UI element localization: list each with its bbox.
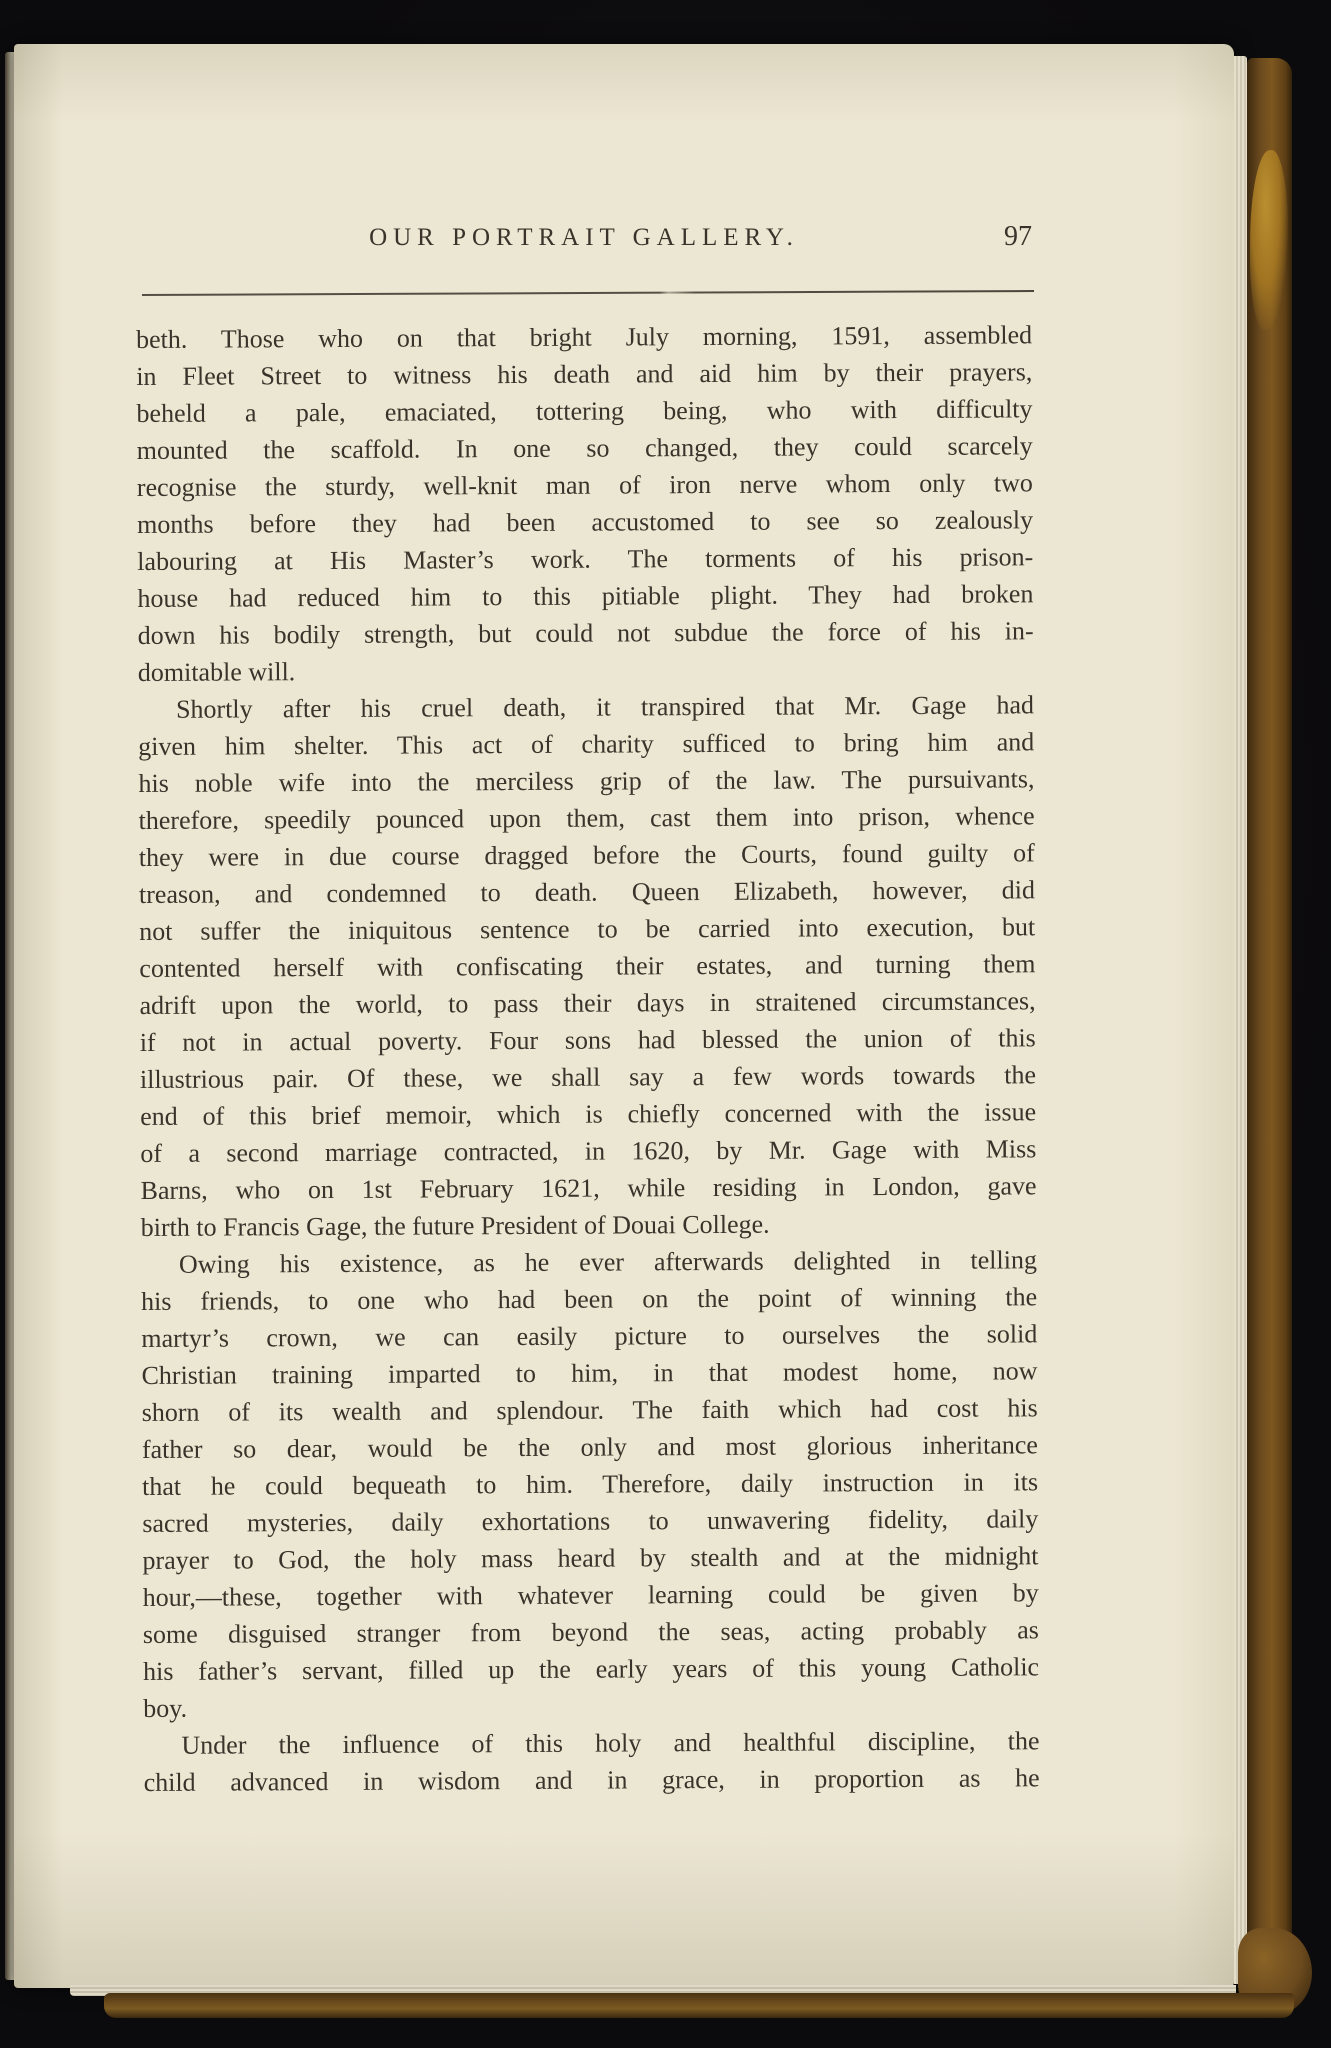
page-number: 97 — [136, 221, 1032, 253]
text-line: adrift upon the world, to pass their day… — [139, 982, 1035, 1024]
text-line: child advanced in wisdom and in grace, i… — [144, 1759, 1040, 1801]
text-line: that he could bequeath to him. Therefore… — [142, 1463, 1038, 1505]
text-line: Christian training imparted to him, in t… — [141, 1352, 1037, 1394]
text-line: beheld a pale, emaciated, tottering bein… — [136, 390, 1032, 432]
text-line: some disguised stranger from beyond the … — [143, 1611, 1039, 1653]
text-line: beth. Those who on that bright July morn… — [136, 316, 1032, 358]
text-line: his noble wife into the merciless grip o… — [138, 760, 1034, 802]
paragraph: beth. Those who on that bright July morn… — [136, 316, 1034, 691]
text-line: prayer to God, the holy mass heard by st… — [142, 1537, 1038, 1579]
text-line: given him shelter. This act of charity s… — [138, 723, 1034, 765]
text-line: house had reduced him to this pitiable p… — [137, 575, 1033, 617]
text-line: treason, and condemned to death. Queen E… — [139, 871, 1035, 913]
text-line: shorn of its wealth and splendour. The f… — [142, 1389, 1038, 1431]
text-line: birth to Francis Gage, the future Presid… — [141, 1204, 1037, 1246]
text-line: contented herself with confiscating thei… — [139, 945, 1035, 987]
text-line: illustrious pair. Of these, we shall say… — [140, 1056, 1036, 1098]
text-line: of a second marriage contracted, in 1620… — [140, 1130, 1036, 1172]
text-line: not suffer the iniquitous sentence to be… — [139, 908, 1035, 950]
text-line: father so dear, would be the only and mo… — [142, 1426, 1038, 1468]
paragraph: Owing his existence, as he ever afterwar… — [141, 1241, 1040, 1727]
paragraph: Shortly after his cruel death, it transp… — [138, 686, 1037, 1246]
text-line: sacred mysteries, daily exhortations to … — [142, 1500, 1038, 1542]
text-line: Shortly after his cruel death, it transp… — [138, 686, 1034, 728]
text-line: his friends, to one who had been on the … — [141, 1278, 1037, 1320]
text-line: Barns, who on 1st February 1621, while r… — [140, 1167, 1036, 1209]
body-text: beth. Those who on that bright July morn… — [136, 316, 1040, 1801]
text-line: down his bodily strength, but could not … — [138, 612, 1034, 654]
text-line: boy. — [143, 1685, 1039, 1727]
text-line: hour,—these, together with whatever lear… — [143, 1574, 1039, 1616]
text-line: labouring at His Master’s work. The torm… — [137, 538, 1033, 580]
text-line: recognise the sturdy, well-knit man of i… — [137, 464, 1033, 506]
text-line: they were in due course dragged before t… — [139, 834, 1035, 876]
text-line: mounted the scaffold. In one so changed,… — [137, 427, 1033, 469]
book-cover-bottom — [104, 1993, 1294, 2018]
text-line: his father’s servant, filled up the earl… — [143, 1648, 1039, 1690]
paragraph: Under the influence of this holy and hea… — [143, 1722, 1039, 1801]
text-line: months before they had been accustomed t… — [137, 501, 1033, 543]
text-line: domitable will. — [138, 649, 1034, 691]
text-line: Under the influence of this holy and hea… — [143, 1722, 1039, 1764]
text-line: in Fleet Street to witness his death and… — [136, 353, 1032, 395]
text-line: Owing his existence, as he ever afterwar… — [141, 1241, 1037, 1283]
page-stack-right-edge — [1234, 56, 1247, 1984]
text-line: martyr’s crown, we can easily picture to… — [141, 1315, 1037, 1357]
text-line: if not in actual poverty. Four sons had … — [140, 1019, 1036, 1061]
book-cover-right — [1247, 58, 1292, 2010]
text-line: end of this brief memoir, which is chief… — [140, 1093, 1036, 1135]
text-line: therefore, speedily pounced upon them, c… — [139, 797, 1035, 839]
